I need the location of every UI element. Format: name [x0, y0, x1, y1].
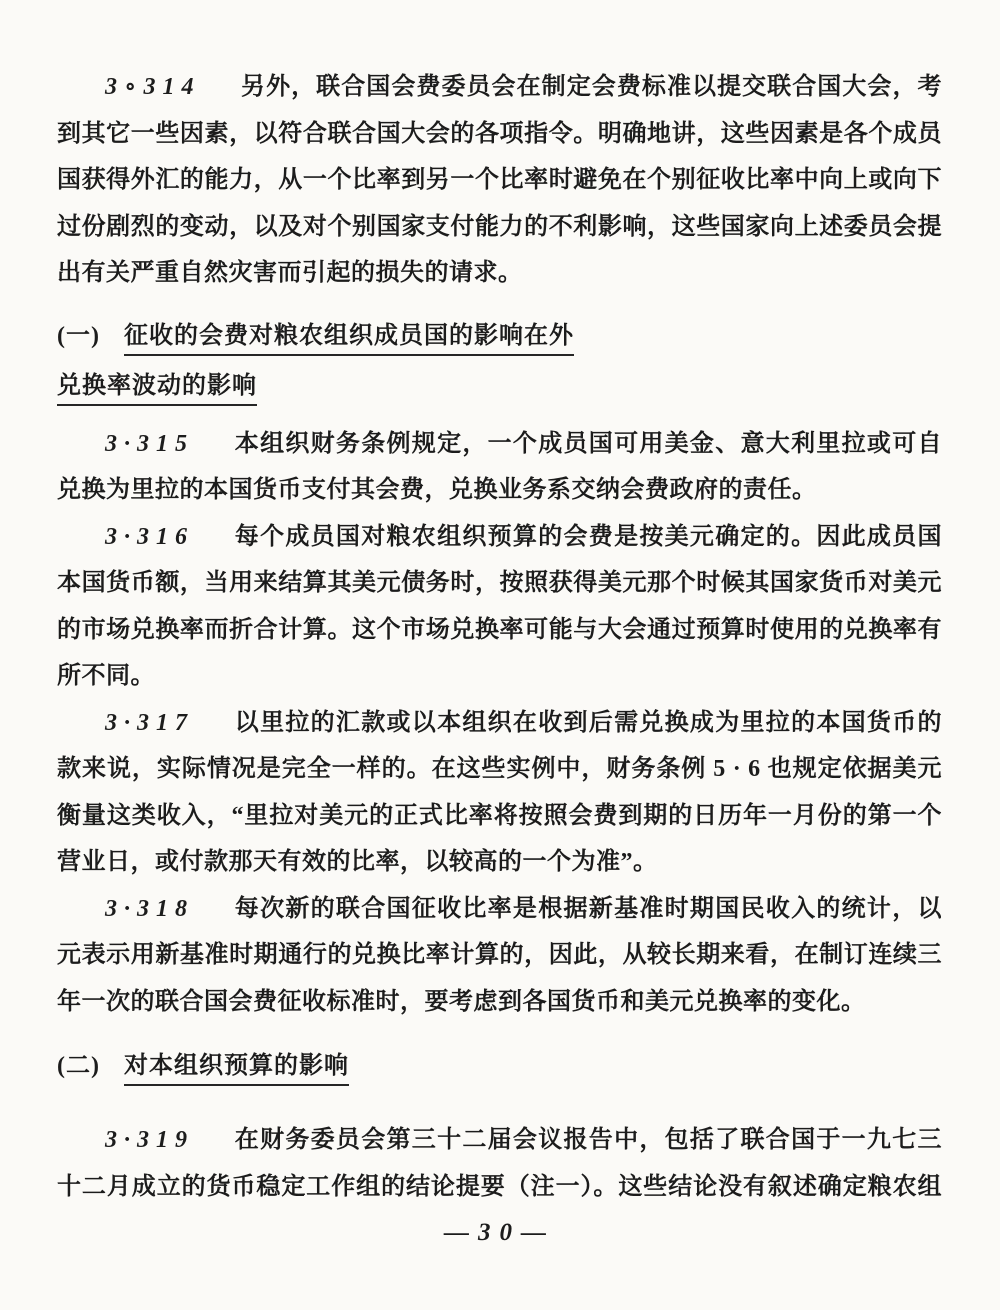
heading-text: 对本组织预算的影响 [124, 1053, 349, 1086]
paragraph-3-316: 3·316每个成员国对粮农组织预算的会费是按美元确定的。因此成员国的本国货币额，… [57, 514, 942, 700]
document-page: 3∘314另外，联合国会费委员会在制定会费标准以提交联合国大会，考虑到其它一些因… [0, 0, 1000, 1310]
section-heading-2: (二)对本组织预算的影响 [57, 1041, 942, 1091]
paragraph-line: 3·315本组织财务条例规定，一个成员国可用美金、意大利里拉或可自由 [57, 421, 942, 468]
paragraph-line: 国获得外汇的能力，从一个比率到另一个比率时避免在个别征收比率中向上或向下 [57, 157, 942, 204]
paragraph-line: 3·318每次新的联合国征收比率是根据新基准时期国民收入的统计，以美 [57, 886, 942, 933]
page-number: —30— [57, 1210, 942, 1256]
paragraph-line: 到其它一些因素，以符合联合国大会的各项指令。明确地讲，这些因素是各个成员 [57, 111, 942, 158]
paragraph-number: 3∘314 [105, 74, 200, 100]
paragraph-line: 衡量这类收入，“里拉对美元的正式比率将按照会费到期的日历年一月份的第一个 [57, 793, 942, 840]
paragraph-line: 过份剧烈的变动，以及对个别国家支付能力的不利影响，这些国家向上述委员会提 [57, 204, 942, 251]
heading-marker: (一) [57, 323, 100, 349]
paragraph-3-315: 3·315本组织财务条例规定，一个成员国可用美金、意大利里拉或可自由兑换为里拉的… [57, 421, 942, 514]
paragraph-3-318: 3·318每次新的联合国征收比率是根据新基准时期国民收入的统计，以美元表示用新基… [57, 886, 942, 1026]
paragraph-line: 元表示用新基准时期通行的兑换比率计算的，因此，从较长期来看，在制订连续三 [57, 932, 942, 979]
paragraph-text: 本组织财务条例规定，一个成员国可用美金、意大利里拉或可自由 [105, 431, 942, 468]
paragraph-number: 3·319 [105, 1127, 194, 1153]
heading-line: (二)对本组织预算的影响 [57, 1041, 942, 1091]
paragraph-line: 3·316每个成员国对粮农组织预算的会费是按美元确定的。因此成员国的 [57, 514, 942, 561]
paragraph-line: 3·317以里拉的汇款或以本组织在收到后需兑换成为里拉的本国货币的汇 [57, 700, 942, 747]
paragraph-line: 3∘314另外，联合国会费委员会在制定会费标准以提交联合国大会，考虑 [57, 64, 942, 111]
document-body: 3∘314另外，联合国会费委员会在制定会费标准以提交联合国大会，考虑到其它一些因… [57, 64, 942, 1210]
paragraph-line: 款来说，实际情况是完全一样的。在这些实例中，财务条例 5 · 6 也规定依据美元 [57, 746, 942, 793]
heading-marker: (二) [57, 1053, 100, 1079]
paragraph-number: 3·315 [105, 431, 194, 457]
paragraph-3-317: 3·317以里拉的汇款或以本组织在收到后需兑换成为里拉的本国货币的汇款来说，实际… [57, 700, 942, 886]
paragraph-text: 每次新的联合国征收比率是根据新基准时期国民收入的统计，以美 [105, 896, 942, 933]
paragraph-line: 兑换为里拉的本国货币支付其会费，兑换业务系交纳会费政府的责任。 [57, 467, 942, 514]
paragraph-text: 每个成员国对粮农组织预算的会费是按美元确定的。因此成员国的 [105, 524, 942, 561]
paragraph-line: 出有关严重自然灾害而引起的损失的请求。 [57, 250, 942, 297]
paragraph-text: 以里拉的汇款或以本组织在收到后需兑换成为里拉的本国货币的汇 [105, 710, 942, 747]
heading-text: 征收的会费对粮农组织成员国的影响在外 [124, 323, 574, 356]
paragraph-line: 营业日，或付款那天有效的比率，以较高的一个为准”。 [57, 839, 942, 886]
paragraph-3-319: 3·319在财务委员会第三十二届会议报告中，包括了联合国于一九七三年十二月成立的… [57, 1117, 942, 1210]
heading-line: 兑换率波动的影响 [57, 361, 942, 411]
paragraph-number: 3·317 [105, 710, 194, 736]
paragraph-3-314: 3∘314另外，联合国会费委员会在制定会费标准以提交联合国大会，考虑到其它一些因… [57, 64, 942, 297]
paragraph-line: 年一次的联合国会费征收标准时，要考虑到各国货币和美元兑换率的变化。 [57, 979, 942, 1026]
paragraph-text: 另外，联合国会费委员会在制定会费标准以提交联合国大会，考虑 [105, 74, 942, 111]
paragraph-line: 的市场兑换率而折合计算。这个市场兑换率可能与大会通过预算时使用的兑换率有 [57, 607, 942, 654]
section-heading-1: (一)征收的会费对粮农组织成员国的影响在外兑换率波动的影响 [57, 311, 942, 411]
heading-text: 兑换率波动的影响 [57, 373, 257, 406]
paragraph-number: 3·316 [105, 524, 194, 550]
paragraph-line: 3·319在财务委员会第三十二届会议报告中，包括了联合国于一九七三年 [57, 1117, 942, 1164]
paragraph-line: 十二月成立的货币稳定工作组的结论提要（注一）。这些结论没有叙述确定粮农组 [57, 1164, 942, 1211]
paragraph-line: 本国货币额，当用来结算其美元债务时，按照获得美元那个时候其国家货币对美元 [57, 560, 942, 607]
heading-line: (一)征收的会费对粮农组织成员国的影响在外 [57, 311, 942, 361]
paragraph-text: 在财务委员会第三十二届会议报告中，包括了联合国于一九七三年 [105, 1127, 942, 1164]
paragraph-line: 所不同。 [57, 653, 942, 700]
paragraph-number: 3·318 [105, 896, 194, 922]
